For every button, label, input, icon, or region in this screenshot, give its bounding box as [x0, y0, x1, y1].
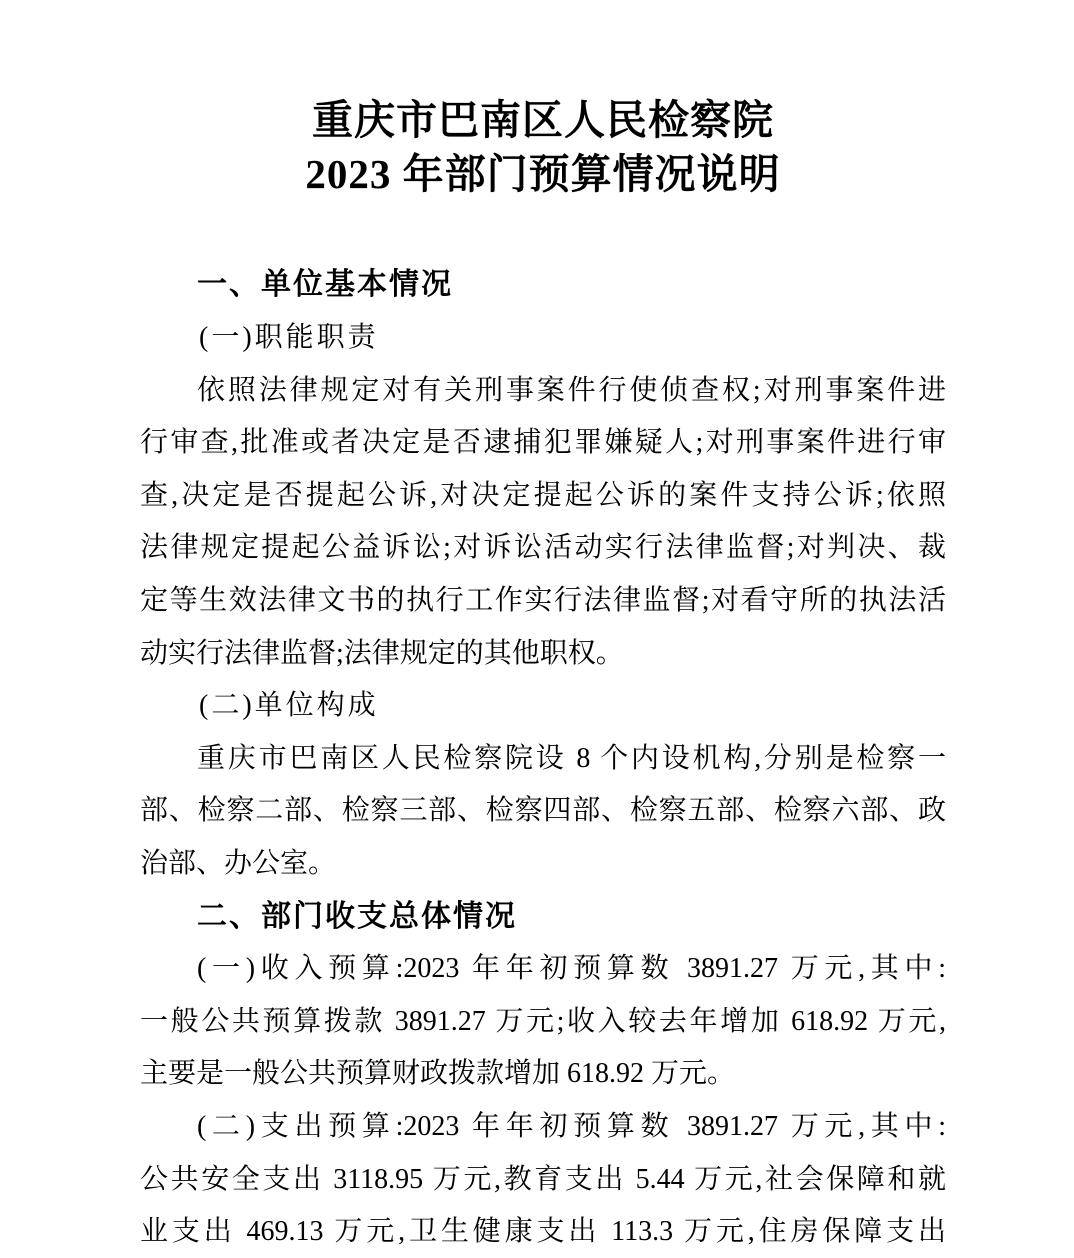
- paragraph-line: 依照法律规定对有关刑事案件行使侦查权;对刑事案件进: [140, 365, 946, 418]
- paragraph-line: 部、检察二部、检察三部、检察四部、检察五部、检察六部、政: [140, 785, 946, 838]
- paragraph-line: 重庆市巴南区人民检察院设 8 个内设机构,分别是检察一: [140, 733, 946, 786]
- document-title-line1: 重庆市巴南区人民检察院: [140, 93, 946, 147]
- paragraph-line: 公共安全支出 3118.95 万元,教育支出 5.44 万元,社会保障和就: [140, 1154, 946, 1207]
- document-page: 重庆市巴南区人民检察院 2023 年部门预算情况说明 一、单位基本情况 (一)职…: [0, 0, 1074, 1258]
- document-content: 重庆市巴南区人民检察院 2023 年部门预算情况说明 一、单位基本情况 (一)职…: [140, 0, 946, 1258]
- paragraph-line: 治部、办公室。: [140, 838, 946, 891]
- section-heading-basic-info: 一、单位基本情况: [140, 259, 946, 312]
- subsection-heading-functions: (一)职能职责: [140, 312, 946, 365]
- paragraph-line: 主要是一般公共预算财政拨款增加 618.92 万元。: [140, 1048, 946, 1101]
- paragraph-line-expense-budget: (二)支出预算:2023 年年初预算数 3891.27 万元,其中:: [140, 1101, 946, 1154]
- document-title: 重庆市巴南区人民检察院 2023 年部门预算情况说明: [140, 93, 946, 201]
- section-heading-budget-overview: 二、部门收支总体情况: [140, 891, 946, 944]
- document-title-line2: 2023 年部门预算情况说明: [140, 147, 946, 201]
- paragraph-line: 一般公共预算拨款 3891.27 万元;收入较去年增加 618.92 万元,: [140, 996, 946, 1049]
- subsection-heading-composition: (二)单位构成: [140, 680, 946, 733]
- paragraph-line: 动实行法律监督;法律规定的其他职权。: [140, 628, 946, 681]
- paragraph-line: 业支出 469.13 万元,卫生健康支出 113.3 万元,住房保障支出: [140, 1206, 946, 1258]
- paragraph-line: 行审查,批准或者决定是否逮捕犯罪嫌疑人;对刑事案件进行审: [140, 417, 946, 470]
- paragraph-line: 定等生效法律文书的执行工作实行法律监督;对看守所的执法活: [140, 575, 946, 628]
- document-body: 一、单位基本情况 (一)职能职责 依照法律规定对有关刑事案件行使侦查权;对刑事案…: [140, 259, 946, 1258]
- paragraph-line: 查,决定是否提起公诉,对决定提起公诉的案件支持公诉;依照: [140, 470, 946, 523]
- paragraph-line: 法律规定提起公益诉讼;对诉讼活动实行法律监督;对判决、裁: [140, 522, 946, 575]
- paragraph-line-income-budget: (一)收入预算:2023 年年初预算数 3891.27 万元,其中:: [140, 943, 946, 996]
